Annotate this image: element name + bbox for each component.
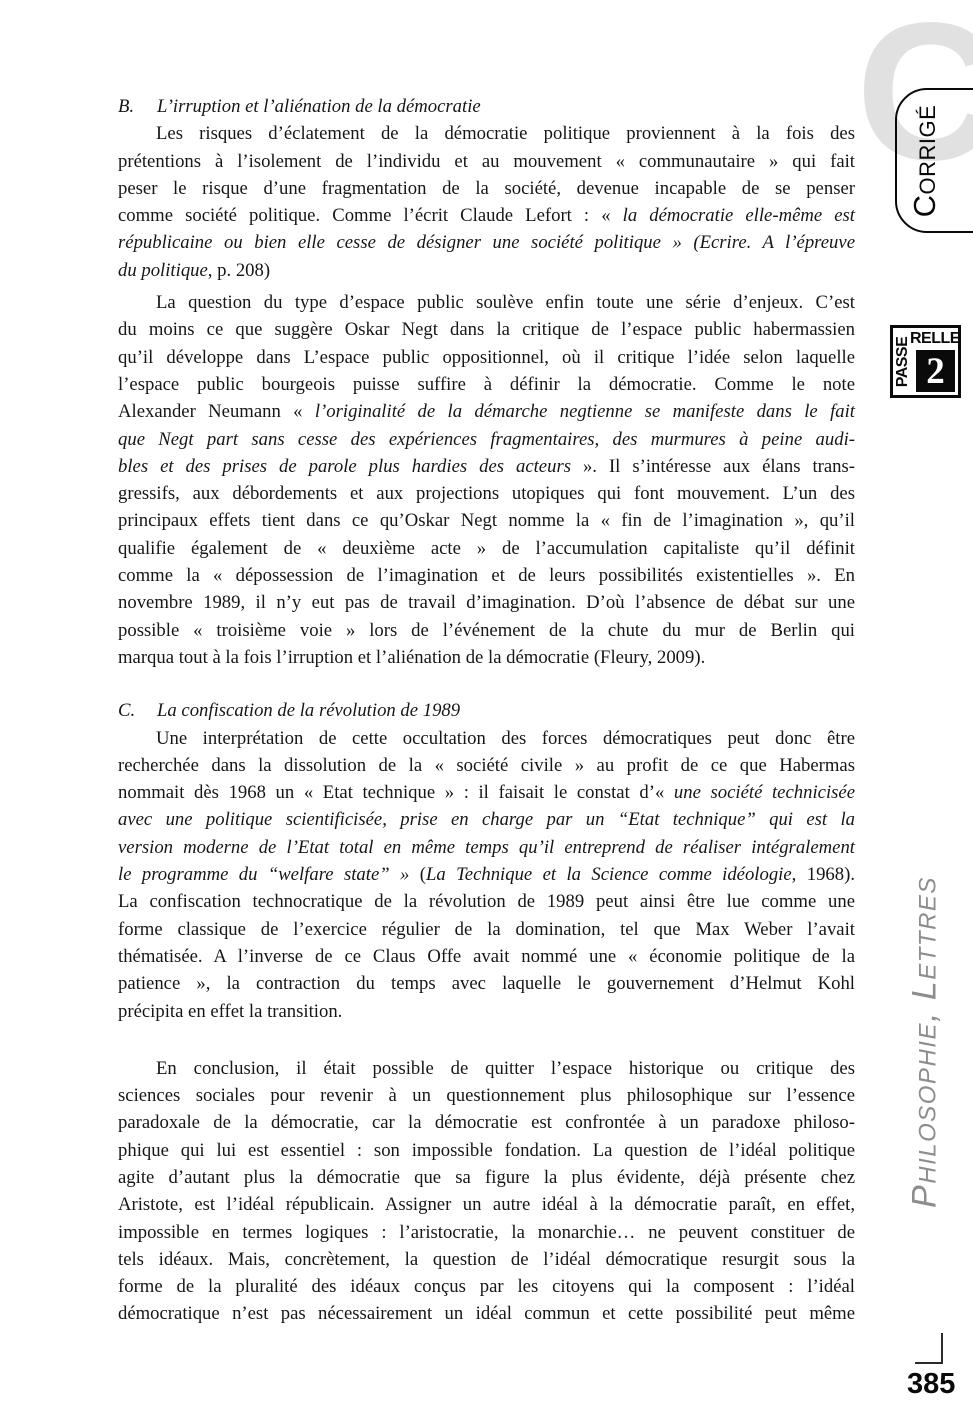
text-segment: En conclusion, il était possible de quit… bbox=[156, 1058, 855, 1079]
text-line: patience », la contraction du temps avec… bbox=[118, 970, 855, 997]
text-line: novembre 1989, il n’y eut pas de travail… bbox=[118, 589, 855, 616]
text-segment: comme la « dépossession de l’imagination… bbox=[118, 565, 855, 586]
text-line: démocratique n’est pas nécessairement un… bbox=[118, 1300, 855, 1327]
text-segment: ( bbox=[409, 864, 426, 885]
text-line: tels idéaux. Mais, concrètement, la ques… bbox=[118, 1246, 855, 1273]
text-line: peser le risque d’une fragmentation de l… bbox=[118, 175, 855, 202]
text-line: que Negt part sans cesse des expériences… bbox=[118, 426, 855, 453]
text-line: comme la « dépossession de l’imagination… bbox=[118, 562, 855, 589]
text-segment: prétentions à l’isolement de l’individu … bbox=[118, 151, 855, 172]
text-line: possible « troisième voie » lors de l’év… bbox=[118, 617, 855, 644]
text-segment: gressifs, aux débordements et aux projec… bbox=[118, 483, 855, 504]
text-segment: , p. 208) bbox=[208, 260, 270, 281]
text-segment: patience », la contraction du temps avec… bbox=[118, 973, 855, 994]
series-label: Philosophie, Lettres bbox=[906, 876, 945, 1208]
passerelle-2-logo: RELLE PASSE 2 bbox=[890, 325, 961, 398]
text-line: agite d’autant plus la démocratie que sa… bbox=[118, 1164, 855, 1191]
text-line: version moderne de l’Etat total en même … bbox=[118, 834, 855, 861]
text-line: du politique, p. 208) bbox=[118, 257, 855, 284]
text-segment: paradoxale de la démocratie, car la démo… bbox=[118, 1112, 855, 1133]
paragraph: La question du type d’espace public soul… bbox=[118, 289, 855, 671]
text-line: comme société politique. Comme l’écrit C… bbox=[118, 202, 855, 229]
text-segment: Une interprétation de cette occultation … bbox=[156, 728, 855, 749]
text-line: marqua tout à la fois l’irruption et l’a… bbox=[118, 644, 855, 671]
section-heading: B.L’irruption et l’aliénation de la démo… bbox=[118, 93, 855, 120]
text-segment: agite d’autant plus la démocratie que sa… bbox=[118, 1167, 855, 1188]
section-title: L’irruption et l’aliénation de la démocr… bbox=[157, 96, 481, 117]
text-segment: bles et des prises de parole plus hardie… bbox=[118, 456, 571, 477]
text-line: bles et des prises de parole plus hardie… bbox=[118, 453, 855, 480]
text-line: l’espace public bourgeois puisse suffire… bbox=[118, 371, 855, 398]
corrige-tab-label: Corrigé bbox=[907, 105, 943, 218]
text-line: phique qui lui est essentiel : son impos… bbox=[118, 1137, 855, 1164]
text-line: La question du type d’espace public soul… bbox=[118, 289, 855, 316]
text-line: La confiscation technocratique de la rév… bbox=[118, 888, 855, 915]
text-line: paradoxale de la démocratie, car la démo… bbox=[118, 1109, 855, 1136]
text-line: Les risques d’éclatement de la démocrati… bbox=[118, 120, 855, 147]
text-segment: Les risques d’éclatement de la démocrati… bbox=[156, 123, 855, 144]
text-segment: l’espace public bourgeois puisse suffire… bbox=[118, 374, 855, 395]
text-segment: tels idéaux. Mais, concrètement, la ques… bbox=[118, 1249, 855, 1270]
section-heading: C.La confiscation de la révolution de 19… bbox=[118, 697, 855, 724]
text-line: républicaine ou bien elle cesse de désig… bbox=[118, 229, 855, 256]
text-segment: Aristote, est l’idéal républicain. Assig… bbox=[118, 1194, 855, 1215]
logo-number-badge: 2 bbox=[916, 350, 955, 392]
paragraph: En conclusion, il était possible de quit… bbox=[118, 1055, 855, 1328]
corner-mark bbox=[915, 1333, 943, 1364]
text-line: le programme du “welfare state” » (La Te… bbox=[118, 861, 855, 888]
text-line: sciences sociales pour revenir à un ques… bbox=[118, 1082, 855, 1109]
text-block: B.L’irruption et l’aliénation de la démo… bbox=[118, 93, 855, 1328]
logo-text-relle: RELLE bbox=[910, 328, 957, 349]
text-segment: ». Il s’intéresse aux élans trans- bbox=[571, 456, 855, 477]
text-segment: recherchée dans la dissolution de la « s… bbox=[118, 755, 855, 776]
text-segment: version moderne de l’Etat total en même … bbox=[118, 837, 855, 858]
text-line: forme classique de l’exercice régulier d… bbox=[118, 916, 855, 943]
text-line: En conclusion, il était possible de quit… bbox=[118, 1055, 855, 1082]
text-segment: peser le risque d’une fragmentation de l… bbox=[118, 178, 855, 199]
text-line: du moins ce que suggère Oskar Negt dans … bbox=[118, 316, 855, 343]
text-segment: l’originalité de la démarche negtienne s… bbox=[315, 401, 855, 422]
text-line: Alexander Neumann « l’originalité de la … bbox=[118, 398, 855, 425]
logo-text-passe: PASSE bbox=[894, 337, 912, 388]
text-segment: , 1968). bbox=[792, 864, 855, 885]
page-number: 385 bbox=[907, 1368, 955, 1401]
text-line: thématisée. A l’inverse de ce Claus Offe… bbox=[118, 943, 855, 970]
text-segment: une société technicisée bbox=[674, 782, 855, 803]
text-line: nommait dès 1968 un « Etat technique » :… bbox=[118, 779, 855, 806]
section-letter: B. bbox=[118, 93, 157, 120]
text-segment: forme classique de l’exercice régulier d… bbox=[118, 919, 855, 940]
text-segment: républicaine ou bien elle cesse de désig… bbox=[118, 232, 855, 253]
text-segment: précipita en effet la transition. bbox=[118, 1001, 342, 1022]
text-line: précipita en effet la transition. bbox=[118, 998, 855, 1025]
text-segment: du politique bbox=[118, 260, 208, 281]
text-line: prétentions à l’isolement de l’individu … bbox=[118, 148, 855, 175]
text-segment: du moins ce que suggère Oskar Negt dans … bbox=[118, 319, 855, 340]
text-segment: Alexander Neumann « bbox=[118, 401, 315, 422]
text-line: qu’il développe dans L’espace public opp… bbox=[118, 344, 855, 371]
text-segment: novembre 1989, il n’y eut pas de travail… bbox=[118, 592, 855, 613]
text-segment: impossible en termes logiques : l’aristo… bbox=[118, 1222, 855, 1243]
text-segment: La Technique et la Science comme idéolog… bbox=[426, 864, 792, 885]
text-line: avec une politique scientificisée, prise… bbox=[118, 806, 855, 833]
text-segment: sciences sociales pour revenir à un ques… bbox=[118, 1085, 855, 1106]
text-segment: possible « troisième voie » lors de l’év… bbox=[118, 620, 855, 641]
text-segment: thématisée. A l’inverse de ce Claus Offe… bbox=[118, 946, 855, 967]
section-title: La confiscation de la révolution de 1989 bbox=[157, 700, 460, 721]
section-letter: C. bbox=[118, 697, 157, 724]
text-segment: comme société politique. Comme l’écrit C… bbox=[118, 205, 623, 226]
text-segment: que Negt part sans cesse des expériences… bbox=[118, 429, 855, 450]
text-segment: La confiscation technocratique de la rév… bbox=[118, 891, 855, 912]
text-segment: le programme du “welfare state” » bbox=[118, 864, 409, 885]
text-segment: forme de la pluralité des idéaux conçus … bbox=[118, 1276, 855, 1297]
text-line: qualifie également de « deuxième acte » … bbox=[118, 535, 855, 562]
text-segment: avec une politique scientificisée, prise… bbox=[118, 809, 855, 830]
paragraph: Une interprétation de cette occultation … bbox=[118, 725, 855, 1025]
text-line: recherchée dans la dissolution de la « s… bbox=[118, 752, 855, 779]
text-line: impossible en termes logiques : l’aristo… bbox=[118, 1219, 855, 1246]
text-line: Aristote, est l’idéal républicain. Assig… bbox=[118, 1191, 855, 1218]
paragraph: Les risques d’éclatement de la démocrati… bbox=[118, 120, 855, 284]
text-segment: principaux effets tient dans ce qu’Oskar… bbox=[118, 510, 855, 531]
text-line: gressifs, aux débordements et aux projec… bbox=[118, 480, 855, 507]
text-segment: qu’il développe dans L’espace public opp… bbox=[118, 347, 855, 368]
text-segment: marqua tout à la fois l’irruption et l’a… bbox=[118, 647, 705, 668]
text-segment: la démocratie elle-même est bbox=[623, 205, 855, 226]
text-line: Une interprétation de cette occultation … bbox=[118, 725, 855, 752]
text-segment: La question du type d’espace public soul… bbox=[156, 292, 855, 313]
book-page: { "colors": { "text": "#161616", "ink": … bbox=[0, 0, 973, 1417]
text-segment: nommait dès 1968 un « Etat technique » :… bbox=[118, 782, 674, 803]
text-line: forme de la pluralité des idéaux conçus … bbox=[118, 1273, 855, 1300]
corrige-tab: Corrigé bbox=[895, 88, 973, 233]
text-line: principaux effets tient dans ce qu’Oskar… bbox=[118, 507, 855, 534]
text-segment: qualifie également de « deuxième acte » … bbox=[118, 538, 855, 559]
text-segment: démocratique n’est pas nécessairement un… bbox=[118, 1303, 855, 1324]
text-segment: phique qui lui est essentiel : son impos… bbox=[118, 1140, 855, 1161]
